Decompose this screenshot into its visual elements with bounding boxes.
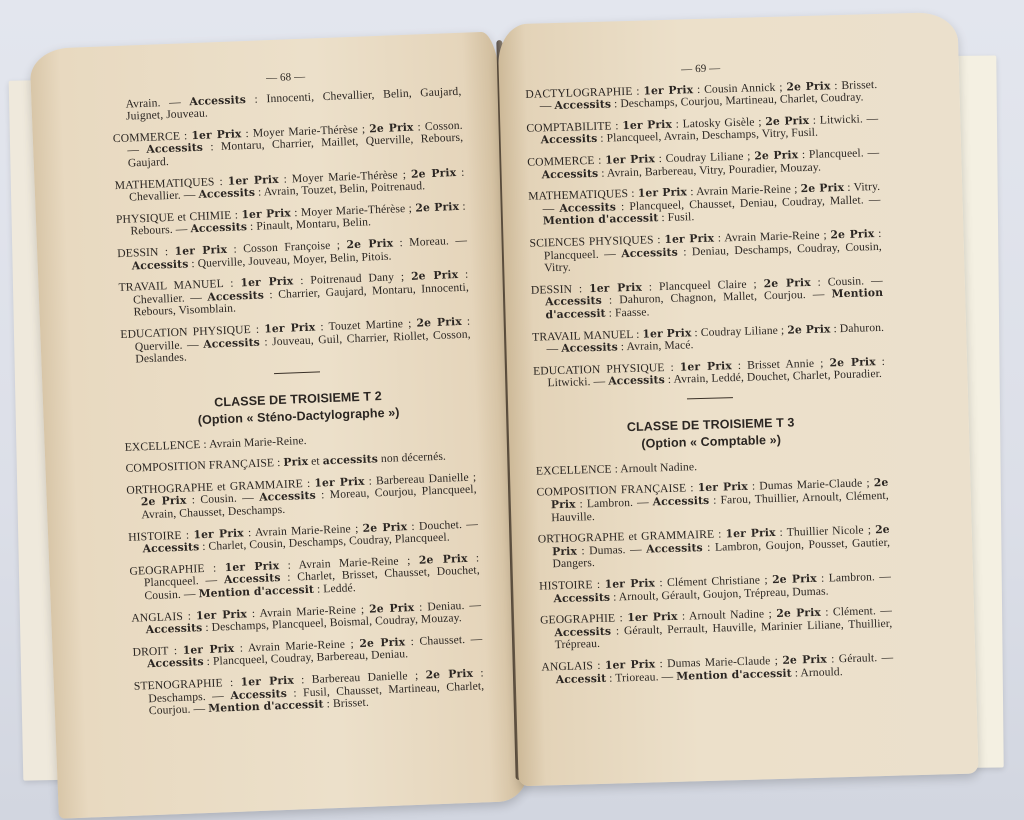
award-label: Accessits	[146, 141, 203, 156]
names-text: :	[223, 277, 241, 291]
prize-entry: TRAVAIL MANUEL : 1er Prix : Poitrenaud D…	[118, 269, 469, 320]
names-text: : Plancqueel. —	[798, 146, 879, 161]
names-text: : Fusil.	[658, 210, 694, 224]
names-text: :	[686, 482, 698, 495]
award-label: Accessits	[554, 98, 611, 113]
award-label: Mention d'accessit	[543, 211, 659, 227]
prize-entry: MATHEMATIQUES : 1er Prix : Moyer Marie-T…	[114, 166, 465, 205]
prize-entry: Avrain. — Accessits : Innocenti, Chevall…	[111, 85, 462, 124]
left-page-text: — 68 — Avrain. — Accessits : Innocenti, …	[111, 65, 486, 728]
award-label: Accessits	[132, 257, 189, 272]
prize-entry: TRAVAIL MANUEL : 1er Prix : Coudray Lili…	[532, 321, 885, 356]
award-label: Prix	[283, 455, 308, 469]
prize-entry: DROIT : 1er Prix : Avrain Marie-Reine ; …	[132, 633, 483, 672]
award-label: Accessits	[190, 220, 247, 235]
prize-entry: EXCELLENCE : Arnoult Nadine.	[536, 456, 888, 478]
award-label: accessits	[322, 453, 378, 468]
names-text: et	[308, 455, 323, 469]
names-text: :	[653, 233, 664, 246]
names-text: :	[168, 644, 183, 658]
award-label: Accessits	[541, 132, 598, 147]
names-text: :	[214, 174, 228, 187]
prize-entry: COMPTABILITE : 1er Prix : Latosky Gisèle…	[526, 113, 879, 148]
prize-entry: HISTOIRE : 1er Prix : Clément Christiane…	[539, 571, 892, 606]
names-text: :	[180, 129, 192, 142]
section-entries: EXCELLENCE : Arnoult Nadine.COMPOSITION …	[536, 456, 894, 687]
names-text: :	[592, 578, 604, 591]
award-label: Accessits	[189, 93, 246, 108]
names-text: :	[222, 676, 240, 690]
names-text: :	[158, 245, 175, 259]
prize-entry: SCIENCES PHYSIQUES : 1er Prix : Avrain M…	[529, 228, 882, 276]
prize-entry: ORTHOGRAPHE et GRAMMAIRE : 1er Prix : Ba…	[126, 471, 477, 522]
subject-label: COMPOSITION FRANÇAISE	[125, 457, 274, 476]
names-text: :	[181, 528, 193, 541]
right-page-text: — 69 — DACTYLOGRAPHIE : 1er Prix : Cousi…	[525, 58, 894, 696]
names-text: non décernés.	[378, 450, 446, 466]
award-label: Accessits	[198, 186, 255, 201]
prize-entry: HISTOIRE : 1er Prix : Avrain Marie-Reine…	[128, 518, 479, 557]
prize-entry: MATHEMATIQUES : 1er Prix : Avrain Marie-…	[528, 181, 881, 229]
section-divider	[274, 371, 320, 374]
prize-entry: ANGLAIS : 1er Prix : Dumas Marie-Claude …	[541, 652, 894, 687]
names-text: :	[572, 282, 589, 295]
names-text: : Avrain Marie-Reine.	[200, 434, 307, 451]
names-text: :	[593, 659, 605, 672]
names-text: : Leddé.	[314, 581, 356, 596]
names-text: :	[632, 84, 643, 97]
award-label: Accessits	[146, 621, 203, 636]
award-label: Mention d'accessit	[676, 666, 792, 682]
prize-entry: COMMERCE : 1er Prix : Coudray Liliane ; …	[527, 147, 880, 182]
names-text: : Arnould.	[792, 665, 843, 679]
prize-entry: COMPOSITION FRANÇAISE : 1er Prix : Dumas…	[536, 477, 889, 525]
names-text: : Faasse.	[605, 305, 649, 319]
entries: Avrain. — Accessits : Innocenti, Chevall…	[111, 85, 471, 366]
award-label: Accessit	[556, 671, 607, 685]
names-text: : Lambron. —	[575, 495, 652, 510]
prize-entry: STENOGRAPHIE : 1er Prix : Barbereau Dani…	[134, 667, 485, 718]
names-text: :	[251, 322, 265, 336]
prize-entry: PHYSIQUE et CHIMIE : 1er Prix : Moyer Ma…	[116, 200, 467, 239]
award-label: Accessits	[147, 655, 204, 670]
names-text: : Dumas. —	[577, 542, 647, 557]
names-text: :	[615, 611, 627, 624]
award-label: Accessits	[646, 541, 703, 556]
names-text: : Arnoult Nadine.	[611, 460, 697, 475]
prize-entry: GEOGRAPHIE : 1er Prix : Arnoult Nadine ;…	[540, 605, 893, 653]
section-title: CLASSE DE TROISIEME T 2 (Option « Sténo-…	[123, 384, 474, 431]
page-number: — 69 —	[525, 58, 877, 80]
award-label: Accessits	[142, 540, 199, 555]
prize-entry: ORTHOGRAPHE et GRAMMAIRE : 1er Prix : Th…	[538, 524, 891, 572]
award-label: Accessits	[541, 166, 598, 181]
names-text: :	[183, 609, 197, 622]
award-label: Accessits	[561, 340, 618, 355]
names-text: :	[664, 360, 680, 373]
page-right: — 69 — DACTYLOGRAPHIE : 1er Prix : Cousi…	[497, 12, 978, 787]
prize-entry: ANGLAIS : 1er Prix : Avrain Marie-Reine …	[131, 599, 482, 638]
award-label: 2e Prix	[787, 322, 831, 336]
page-left: — 68 — Avrain. — Accessits : Innocenti, …	[29, 31, 528, 818]
prize-entry: DESSIN : 1er Prix : Cosson Françoise ; 2…	[117, 235, 468, 274]
section-divider	[687, 397, 733, 399]
prize-entry: EDUCATION PHYSIQUE : 1er Prix : Touzet M…	[120, 315, 471, 366]
names-text: : Litwicki. —	[809, 112, 878, 127]
names-text: : Moreau. —	[393, 234, 467, 250]
award-label: Accessits	[652, 494, 709, 509]
names-text: : Coudray Liliane ;	[691, 323, 787, 339]
award-label: Accessits	[203, 335, 260, 350]
names-text: : Brisset.	[323, 696, 369, 711]
names-text: : Chausset. —	[405, 632, 483, 648]
names-text: : Lambron. —	[816, 570, 891, 585]
names-text: :	[611, 119, 622, 132]
names-text: :	[274, 456, 284, 469]
names-text: :	[714, 528, 726, 541]
section-title: CLASSE DE TROISIEME T 3 (Option « Compta…	[535, 412, 888, 456]
prize-entry: DESSIN : 1er Prix : Plancqueel Claire ; …	[531, 275, 884, 323]
names-text: : Gérault. —	[827, 651, 894, 666]
award-label: Accessits	[553, 590, 610, 605]
award-label: 2e Prix	[411, 166, 457, 181]
prize-entry: EDUCATION PHYSIQUE : 1er Prix : Brisset …	[533, 356, 886, 391]
prize-entry: DACTYLOGRAPHIE : 1er Prix : Cousin Annic…	[525, 79, 878, 114]
names-text: :	[231, 208, 242, 221]
award-label: 2e Prix	[415, 200, 459, 215]
subject-label: EXCELLENCE	[536, 462, 612, 477]
award-label: Accessits	[621, 245, 678, 260]
section-entries: EXCELLENCE : Avrain Marie-Reine.COMPOSIT…	[125, 428, 485, 718]
names-text: : Avrain, Macé.	[618, 338, 694, 353]
names-text: :	[628, 187, 638, 200]
names-text: :	[594, 154, 605, 167]
prize-entry: GEOGRAPHIE : 1er Prix : Avrain Marie-Rei…	[129, 552, 480, 603]
award-label: Accessits	[608, 373, 665, 388]
names-text: :	[303, 477, 315, 490]
entries: DACTYLOGRAPHIE : 1er Prix : Cousin Annic…	[525, 79, 885, 391]
names-text: : Trioreau. —	[606, 669, 676, 684]
prize-entry: COMMERCE : 1er Prix : Moyer Marie-Thérès…	[113, 120, 464, 171]
subject-label: EXCELLENCE	[124, 438, 200, 454]
award-label: Accessits	[259, 489, 316, 504]
